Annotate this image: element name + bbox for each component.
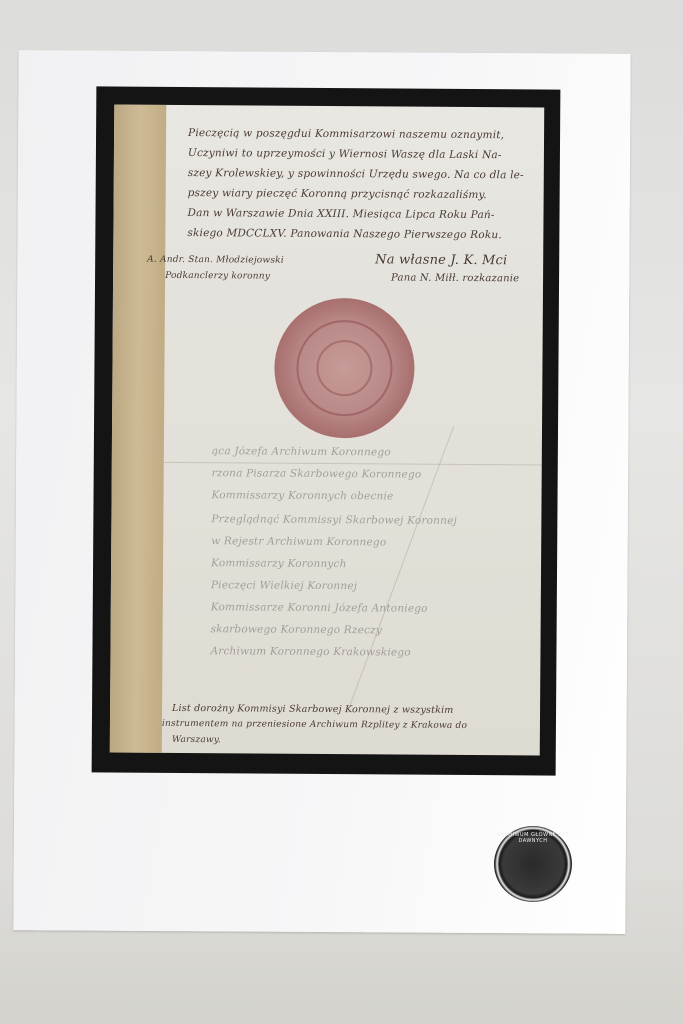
faded-line: Przeglądnąć Kommissyi Skarbowej Koronnej — [211, 513, 457, 527]
faded-line: w Rejestr Archiwum Koronnego — [211, 535, 386, 548]
signature-right-line: Na własne J. K. Mci — [375, 252, 507, 268]
faded-line: Kommissarzy Koronnych — [211, 557, 347, 570]
faded-line: Kommissarze Koronni Józefa Antoniego — [211, 601, 428, 615]
bottom-line: List dorożny Kommisyi Skarbowej Koronnej… — [172, 703, 454, 716]
text-line: skiego MDCCLXV. Panowania Naszego Pierws… — [187, 227, 502, 241]
signature-right-line: Pana N. Miłł. rozkazanie — [391, 272, 519, 284]
document-paper: Pieczęcią w poszęgdui Kommisarzowi nasze… — [110, 105, 545, 756]
text-line: Uczyniwi to uprzeymości y Wiernosi Waszę… — [188, 147, 502, 161]
text-line: Pieczęcią w poszęgdui Kommisarzowi nasze… — [188, 127, 504, 141]
tape-strip — [110, 105, 167, 753]
faded-line: Kommissarzy Koronnych obecnie — [212, 489, 394, 502]
faded-line: ąca Józefa Archiwum Koronnego — [212, 445, 391, 458]
archive-stamp-icon: ARCHIWUM GŁÓWNE AKT DAWNYCH — [494, 826, 572, 902]
signature-left-line: Podkanclerzy koronny — [165, 271, 270, 282]
text-line: szey Krolewskiey, y spowinności Urzędu s… — [188, 167, 524, 181]
text-line: pszey wiary pieczęć Koronną przycisnąć r… — [188, 187, 487, 201]
stamp-label: ARCHIWUM GŁÓWNE AKT DAWNYCH — [494, 832, 572, 844]
fold-crease — [164, 462, 544, 466]
bottom-line: instrumentem na przeniesione Archiwum Rz… — [162, 719, 467, 731]
faded-line: Archiwum Koronnego Krakowskiego — [210, 645, 410, 658]
text-line: Dan w Warszawie Dnia XXIII. Miesiąca Lip… — [187, 207, 494, 221]
signature-left-line: A. Andr. Stan. Młodziejowski — [147, 255, 284, 266]
wax-seal-icon — [274, 298, 415, 439]
faded-line: skarbowego Koronnego Rzeczy — [211, 623, 382, 636]
faded-line: rzona Pisarza Skarbowego Koronnego — [212, 467, 422, 480]
bottom-line: Warszawy. — [172, 735, 221, 745]
faded-line: Pieczęci Wielkiej Koronnej — [211, 579, 357, 592]
black-frame: Pieczęcią w poszęgdui Kommisarzowi nasze… — [92, 86, 561, 775]
